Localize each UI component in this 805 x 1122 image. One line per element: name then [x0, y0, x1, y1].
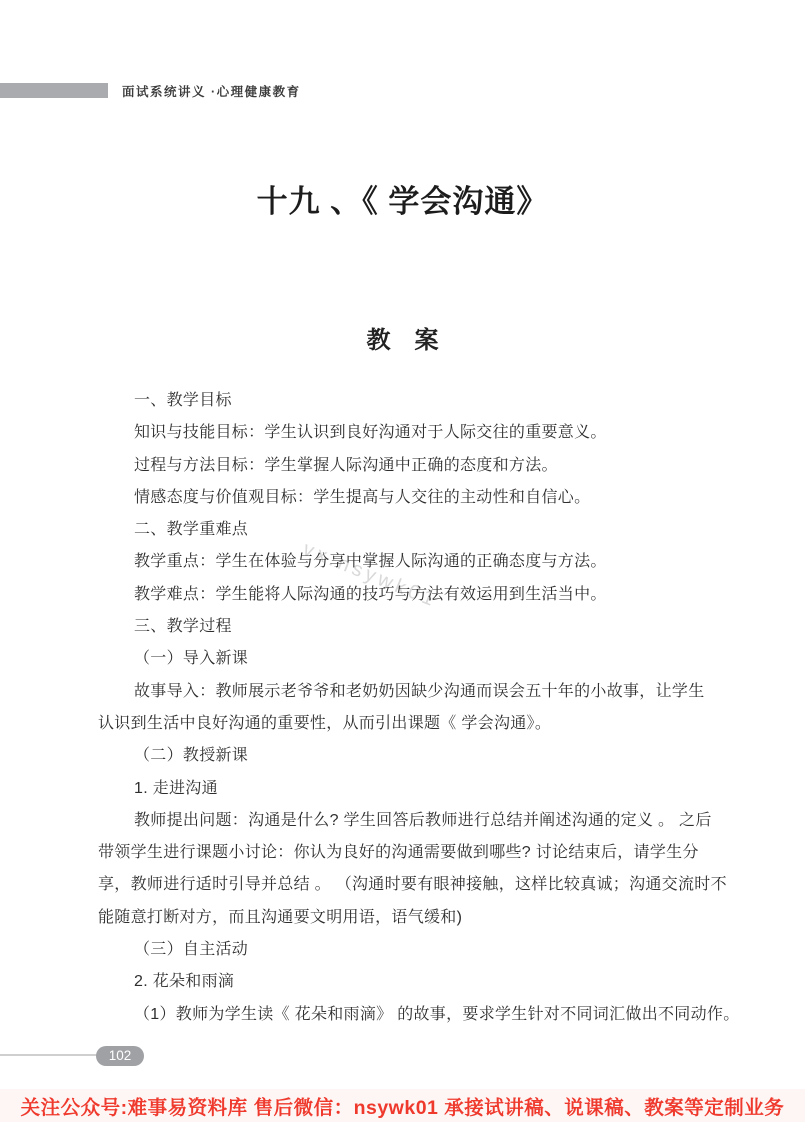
- body-line: 2. 花朵和雨滴: [98, 966, 710, 998]
- body-line: 故事导入：教师展示老爷爷和老奶奶因缺少沟通而误会五十年的小故事，让学生: [98, 676, 710, 708]
- body-line: （三）自主活动: [98, 934, 710, 966]
- body-line: （二）教授新课: [98, 740, 710, 772]
- body-line: 三、教学过程: [98, 611, 710, 643]
- body-line: 教学难点：学生能将人际沟通的技巧与方法有效运用到生活当中。: [98, 579, 710, 611]
- page-title: 十九 、《 学会沟通》: [0, 176, 805, 221]
- section-subtitle: 教 案: [0, 320, 805, 355]
- body-line: 教师提出问题：沟通是什么? 学生回答后教师进行总结并阐述沟通的定义 。 之后: [98, 805, 710, 837]
- body-line: 知识与技能目标：学生认识到良好沟通对于人际交往的重要意义。: [98, 417, 710, 449]
- body-line: 认识到生活中良好沟通的重要性，从而引出课题《 学会沟通》。: [98, 708, 710, 740]
- page-number-badge: 102: [96, 1046, 144, 1066]
- body-line: 教学重点：学生在体验与分享中掌握人际沟通的正确态度与方法。: [98, 546, 710, 578]
- body-line: 能随意打断对方，而且沟通要文明用语，语气缓和): [98, 902, 710, 934]
- body-line: 情感态度与价值观目标：学生提高与人交往的主动性和自信心。: [98, 482, 710, 514]
- promo-banner-text: 关注公众号:难事易资料库 售后微信：nsywk01 承接试讲稿、说课稿、教案等定…: [21, 1092, 785, 1120]
- body-line: 一、教学目标: [98, 385, 710, 417]
- header-gray-bar: [0, 83, 108, 98]
- body-line: （一）导入新课: [98, 643, 710, 675]
- document-body: 一、教学目标 知识与技能目标：学生认识到良好沟通对于人际交往的重要意义。 过程与…: [98, 385, 710, 1031]
- running-header: 面试系统讲义 ·心理健康教育: [122, 82, 301, 100]
- body-line: （1）教师为学生读《 花朵和雨滴》 的故事，要求学生针对不同词汇做出不同动作。: [98, 999, 710, 1031]
- document-page: 面试系统讲义 ·心理健康教育 十九 、《 学会沟通》 教 案 vx.nsywk0…: [0, 0, 805, 1122]
- body-line: 1. 走进沟通: [98, 773, 710, 805]
- body-line: 享，教师进行适时引导并总结 。 （沟通时要有眼神接触，这样比较真诚；沟通交流时不: [98, 869, 710, 901]
- body-line: 二、教学重难点: [98, 514, 710, 546]
- body-line: 带领学生进行课题小讨论：你认为良好的沟通需要做到哪些? 讨论结束后，请学生分: [98, 837, 710, 869]
- body-line: 过程与方法目标：学生掌握人际沟通中正确的态度和方法。: [98, 450, 710, 482]
- footer-rule: [0, 1054, 100, 1056]
- promo-banner: 关注公众号:难事易资料库 售后微信：nsywk01 承接试讲稿、说课稿、教案等定…: [0, 1089, 805, 1122]
